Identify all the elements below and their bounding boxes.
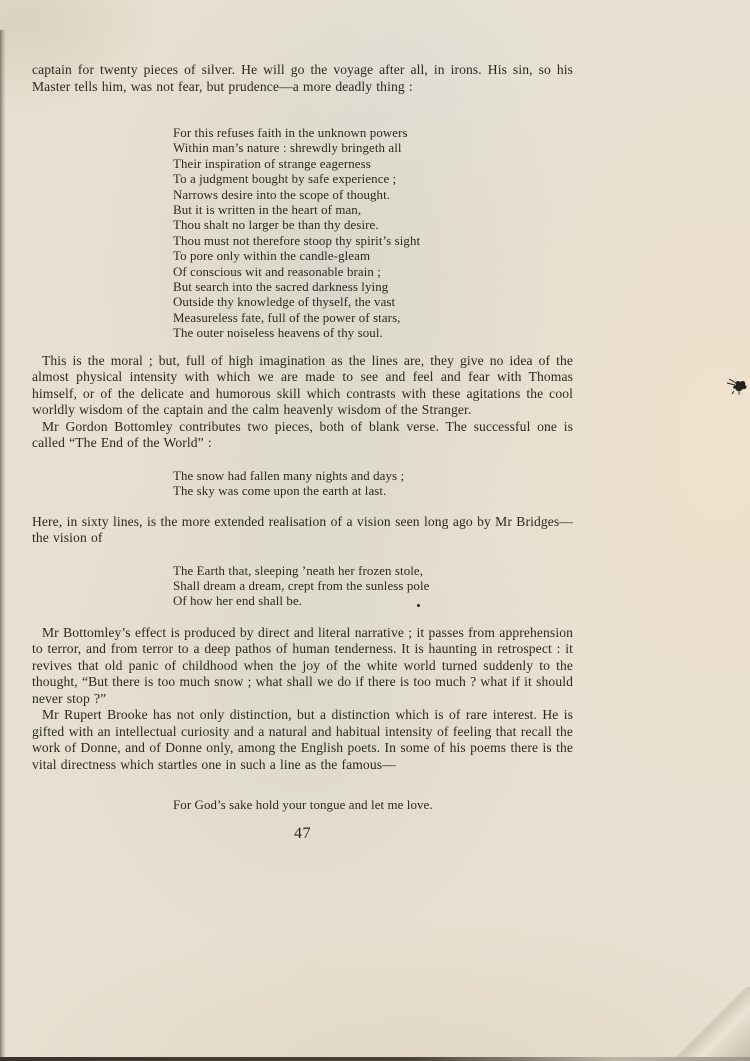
verse-line: Narrows desire into the scope of thought… (173, 188, 573, 203)
verse-line: For this refuses faith in the unknown po… (173, 126, 573, 141)
verse-line: The outer noiseless heavens of thy soul. (173, 326, 573, 341)
verse-line: Outside thy knowledge of thyself, the va… (173, 295, 573, 310)
print-speck (417, 604, 420, 607)
verse-line: But it is written in the heart of man, (173, 203, 573, 218)
scanned-book-page: { "page_number": "47", "body": { "openin… (0, 0, 750, 1061)
verse-line: Their inspiration of strange eagerness (173, 157, 573, 172)
page-number: 47 (32, 825, 573, 843)
paragraph-bottomley: Mr Gordon Bottomley contributes two piec… (32, 419, 573, 452)
verse-line: Measureless fate, full of the power of s… (173, 311, 573, 326)
paragraph-bridges: Here, in sixty lines, is the more extend… (32, 514, 573, 547)
verse-line: Within man’s nature : shrewdly bringeth … (173, 141, 573, 156)
verse-line: For God’s sake hold your tongue and let … (173, 798, 573, 813)
verse-line: The snow had fallen many nights and days… (173, 469, 573, 484)
verse-quote-earth-vision: The Earth that, sleeping ’neath her froz… (173, 564, 573, 610)
verse-line: Of conscious wit and reasonable brain ; (173, 265, 573, 280)
verse-line: To pore only within the candle-gleam (173, 249, 573, 264)
verse-line: The sky was come upon the earth at last. (173, 484, 573, 499)
verse-line: Thou must not therefore stoop thy spirit… (173, 234, 573, 249)
verse-line: Of how her end shall be. (173, 594, 573, 609)
verse-line: The Earth that, sleeping ’neath her froz… (173, 564, 573, 579)
verse-line: Shall dream a dream, crept from the sunl… (173, 579, 573, 594)
paragraph-opening: captain for twenty pieces of silver. He … (32, 62, 573, 95)
page-left-edge-shadow (0, 30, 6, 1061)
verse-quote-abercrombie: For this refuses faith in the unknown po… (173, 126, 573, 342)
verse-line: But search into the sacred darkness lyin… (173, 280, 573, 295)
page-bottom-edge-shadow (0, 1057, 750, 1061)
ink-blot (724, 376, 750, 396)
paragraph-moral: This is the moral ; but, full of high im… (32, 353, 573, 419)
text-block: captain for twenty pieces of silver. He … (32, 62, 573, 843)
verse-line: Thou shalt no larger be than thy desire. (173, 218, 573, 233)
verse-quote-end-of-world: The snow had fallen many nights and days… (173, 469, 573, 500)
paragraph-effect: Mr Bottomley’s effect is produced by dir… (32, 625, 573, 708)
verse-line: To a judgment bought by safe experience … (173, 172, 573, 187)
page-corner-fold (664, 987, 750, 1057)
paragraph-brooke: Mr Rupert Brooke has not only distinctio… (32, 707, 573, 773)
verse-quote-donne: For God’s sake hold your tongue and let … (173, 798, 573, 813)
